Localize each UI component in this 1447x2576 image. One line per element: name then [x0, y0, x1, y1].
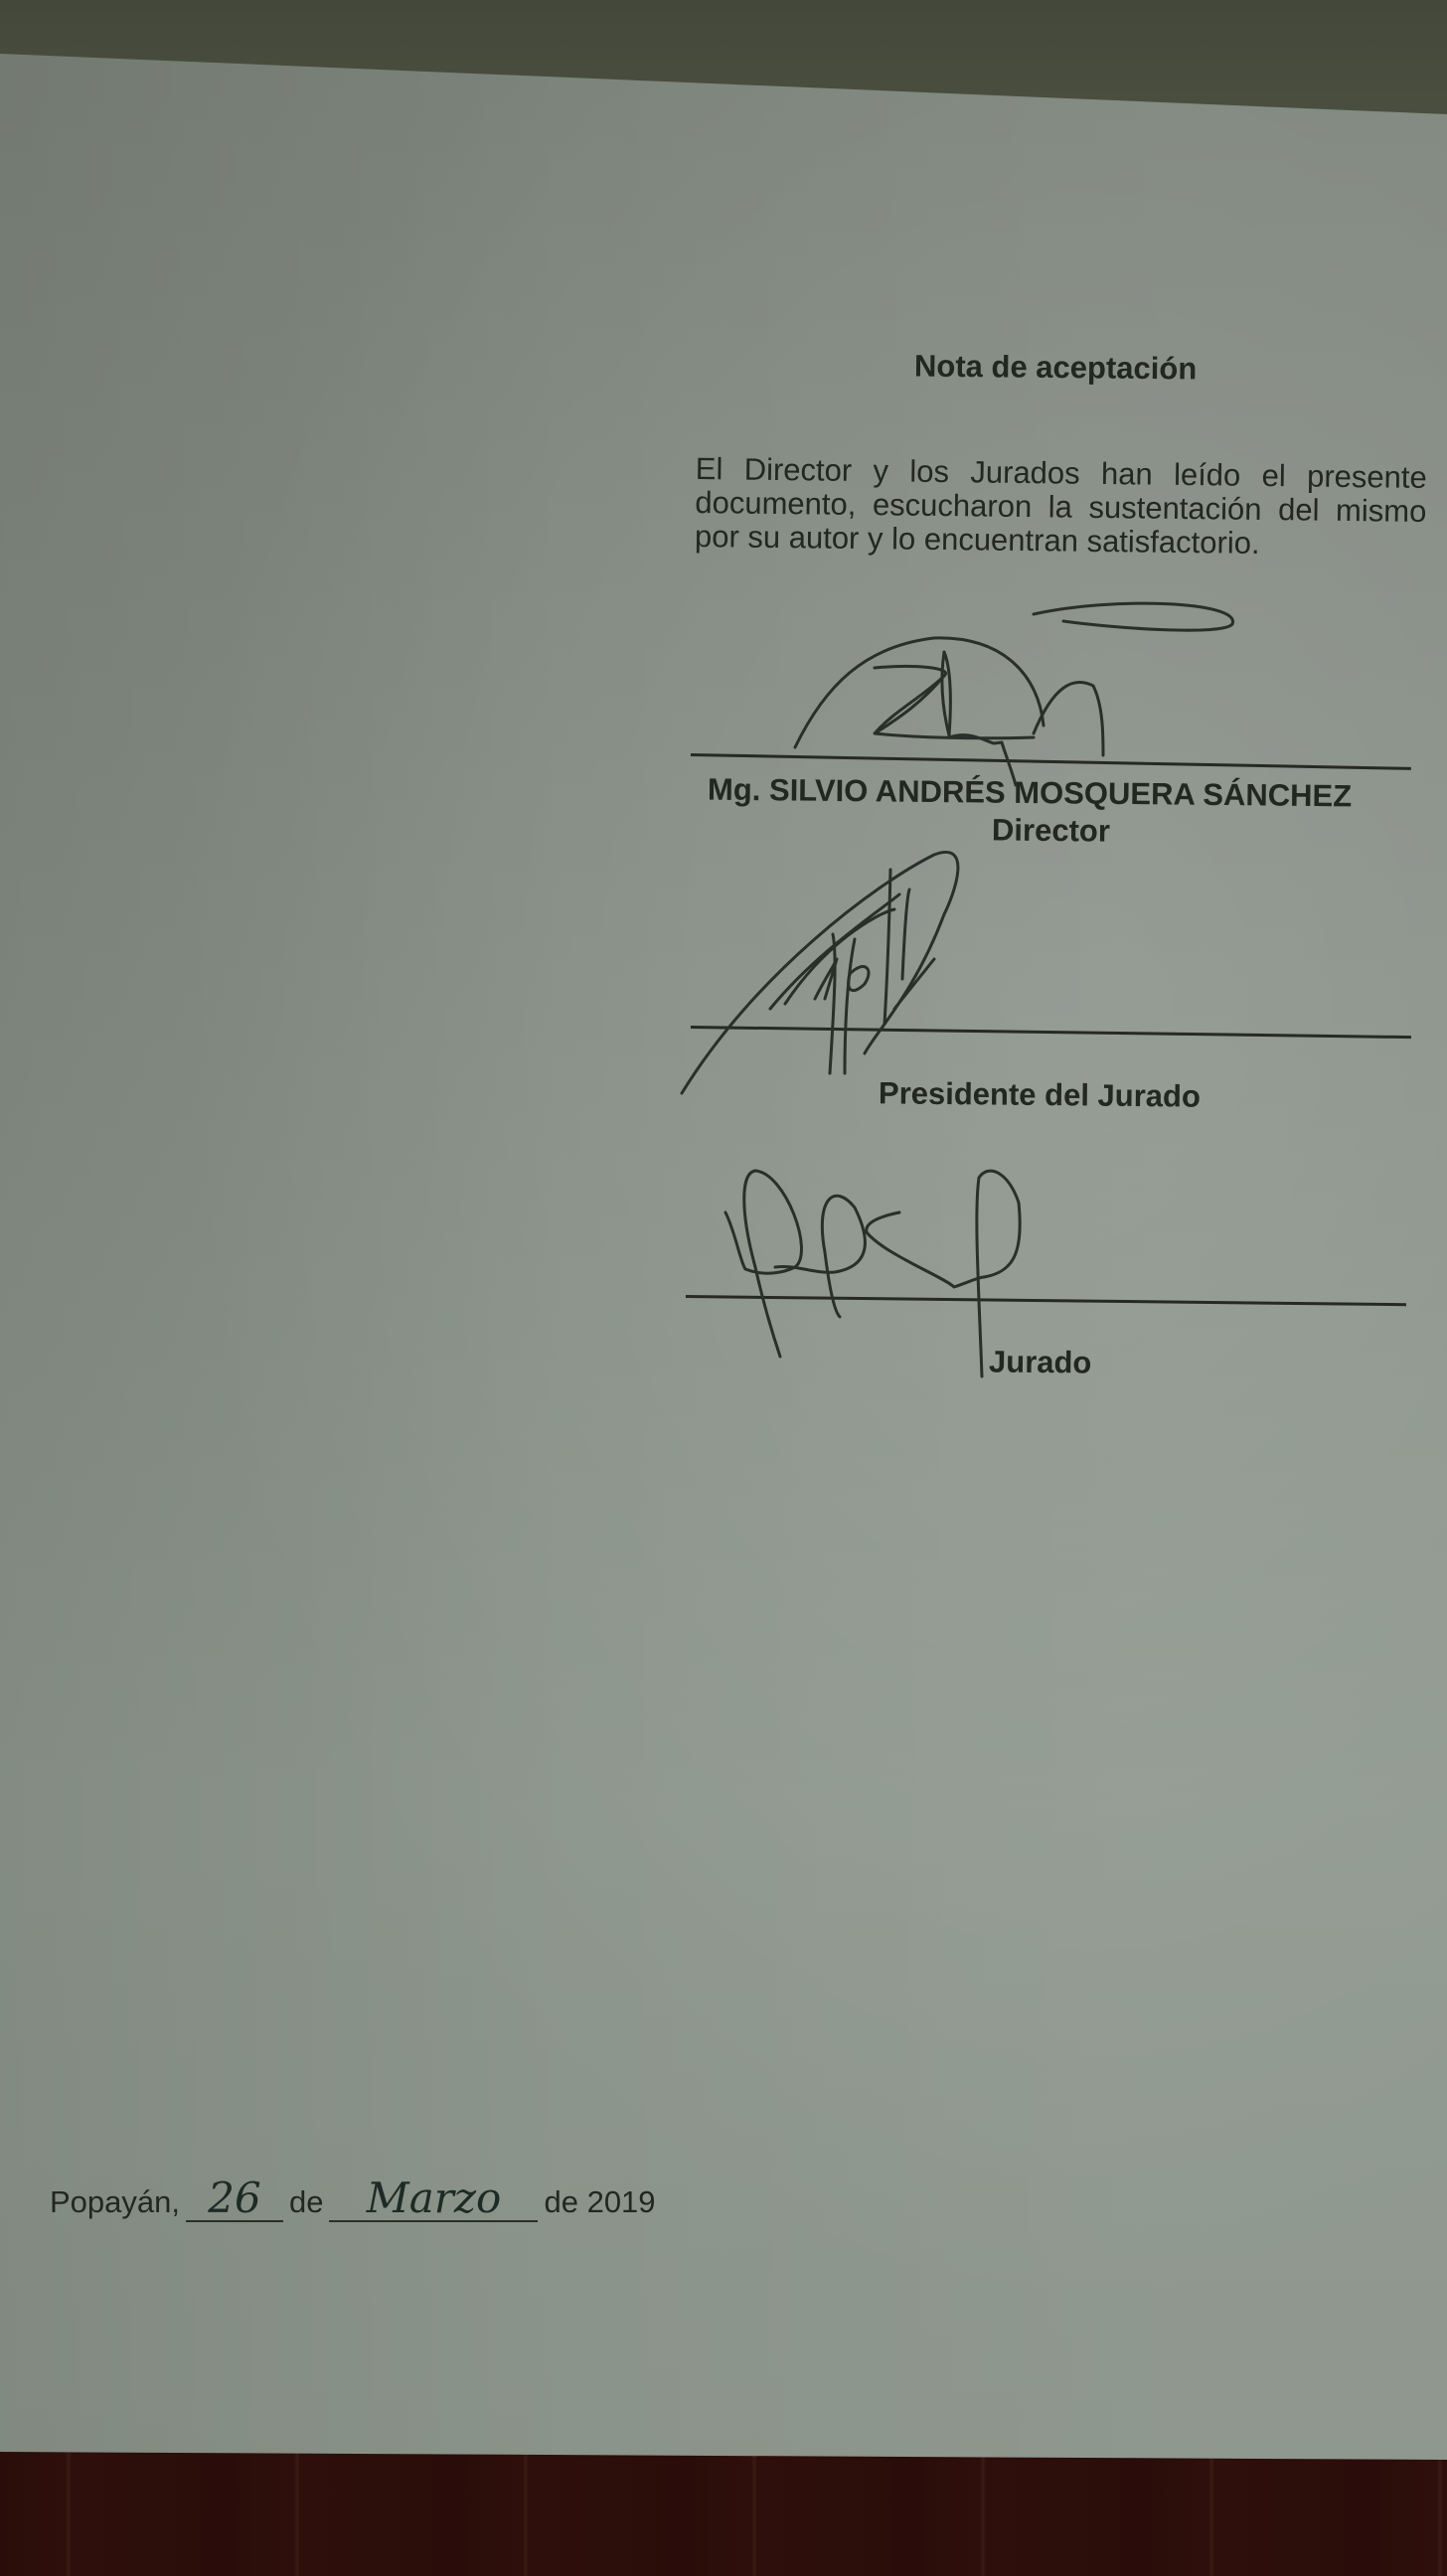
jurado-role: Jurado	[989, 1344, 1092, 1380]
date-connector-1: de	[289, 2184, 323, 2220]
city-prefix: Popayán,	[50, 2184, 180, 2220]
director-role: Director	[992, 812, 1110, 849]
director-name: Mg. SILVIO ANDRÉS MOSQUERA SÁNCHEZ	[708, 772, 1352, 815]
president-role: Presidente del Jurado	[879, 1075, 1201, 1114]
background-surface-bottom	[0, 2445, 1447, 2576]
document-title: Nota de aceptación	[914, 349, 1198, 388]
year-text: de 2019	[544, 2184, 655, 2220]
date-line: Popayán, 26 de Marzo de 2019	[50, 2174, 656, 2220]
month-field[interactable]: Marzo	[329, 2176, 538, 2222]
acceptance-paragraph: El Director y los Jurados han leído el p…	[695, 452, 1427, 563]
day-field[interactable]: 26	[186, 2176, 283, 2222]
